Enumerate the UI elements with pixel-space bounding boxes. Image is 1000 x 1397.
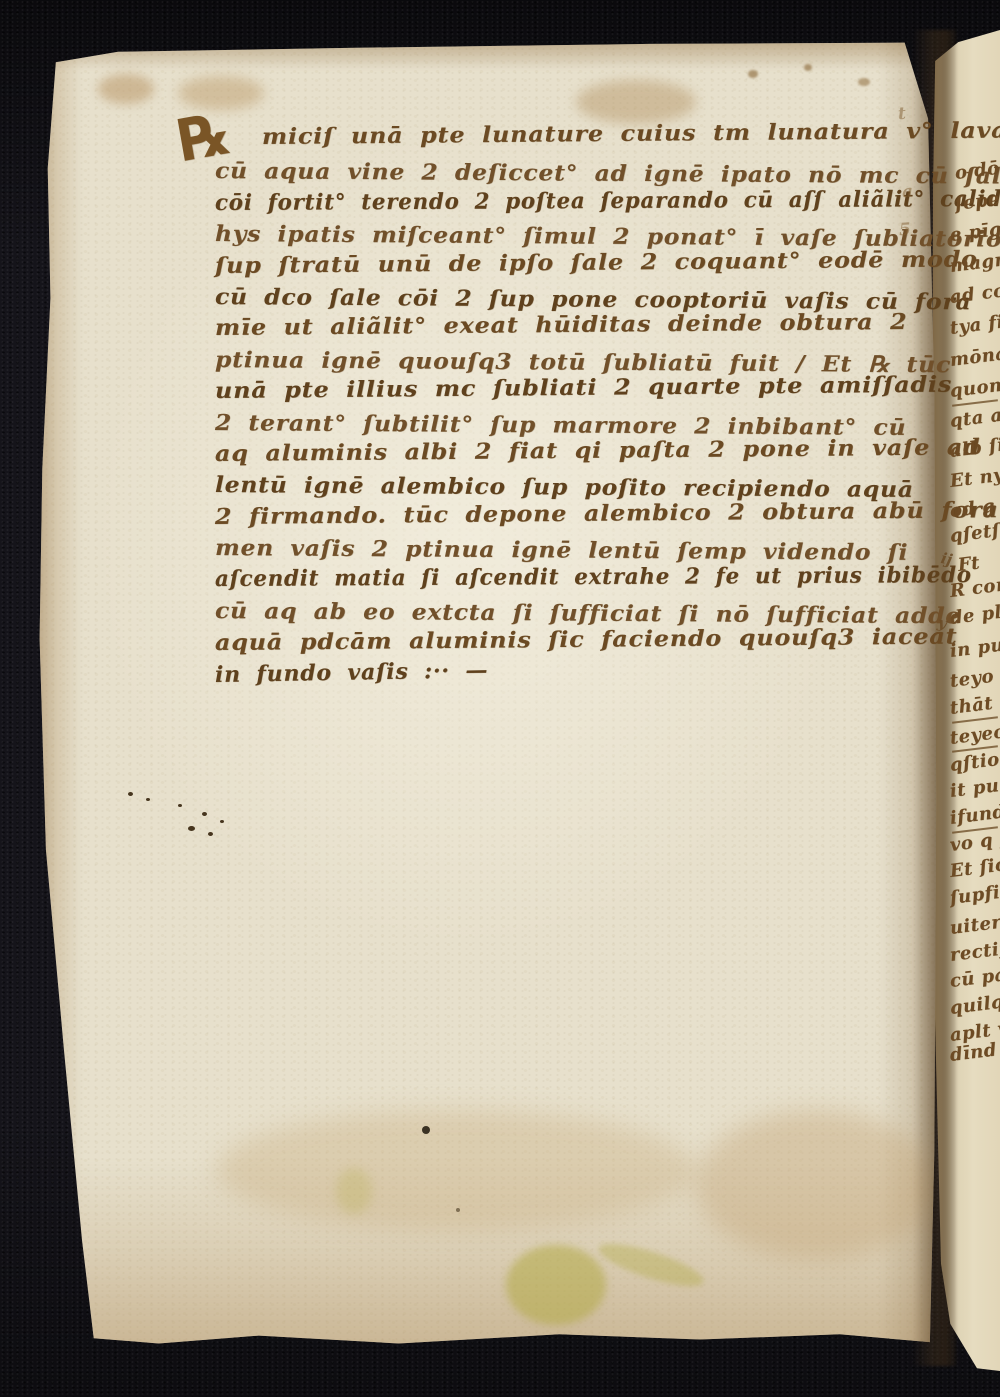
ink-speck xyxy=(220,820,224,823)
stain-yellow-faint xyxy=(336,1168,372,1214)
stain-top-dots-3 xyxy=(858,78,870,86)
ink-speck xyxy=(128,792,133,796)
stain-top-blotch xyxy=(576,80,696,124)
waterstain-bottom-right xyxy=(696,1110,936,1260)
manuscript-page xyxy=(36,40,938,1350)
stain-yellow-green-main xyxy=(506,1245,606,1325)
waterstain-bottom-wave xyxy=(216,1110,696,1230)
ink-dot-lower xyxy=(422,1126,430,1134)
ink-speck xyxy=(208,832,213,836)
stain-top-dots-2 xyxy=(804,64,812,71)
page-edge-top-tan xyxy=(36,40,938,70)
manuscript-photo: ℞ miciſ unā pte lunature cuius tm lunatu… xyxy=(0,0,1000,1397)
ink-speck xyxy=(202,812,207,816)
ink-speck xyxy=(188,826,195,831)
ink-speck xyxy=(146,798,150,801)
stain-top-left xyxy=(98,74,154,104)
stain-top-center xyxy=(178,76,264,110)
page-edge-left-tan xyxy=(36,40,82,1350)
gutter-shadow xyxy=(912,30,956,1366)
ink-speck xyxy=(178,804,182,807)
stain-top-dots xyxy=(748,70,758,78)
ink-dot-lower-2 xyxy=(456,1208,460,1212)
